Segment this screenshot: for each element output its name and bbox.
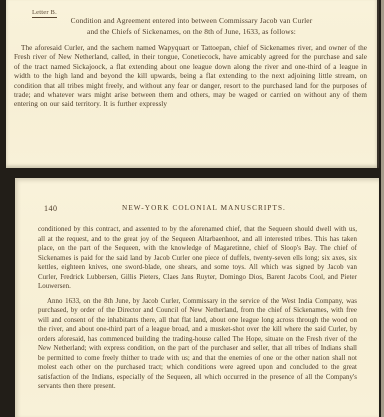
page-header: 140 NEW-YORK COLONIAL MANUSCRIPTS. (15, 204, 379, 216)
page-fragment-bottom: 140 NEW-YORK COLONIAL MANUSCRIPTS. condi… (15, 178, 379, 417)
page-number: 140 (44, 204, 58, 213)
page-fragment-top: Letter B. Condition and Agreement entere… (6, 0, 379, 168)
running-title: NEW-YORK COLONIAL MANUSCRIPTS. (15, 204, 379, 212)
heading-line-1: Condition and Agreement entered into bet… (40, 16, 343, 27)
contract-continuation-paragraph: conditioned by this contract, and assent… (38, 225, 357, 292)
heading-line-2: and the Chiefs of Sickenames, on the 8th… (40, 27, 343, 38)
letter-b-label: Letter B. (32, 9, 57, 18)
anno-1633-paragraph: Anno 1633, on the 8th June, by Jacob Cur… (38, 297, 357, 392)
document-heading: Condition and Agreement entered into bet… (40, 16, 343, 37)
scanned-book-photo: { "page": { "background_color": "#221e18… (0, 0, 384, 417)
agreement-paragraph: The aforesaid Curler, and the sachem nam… (14, 44, 367, 110)
